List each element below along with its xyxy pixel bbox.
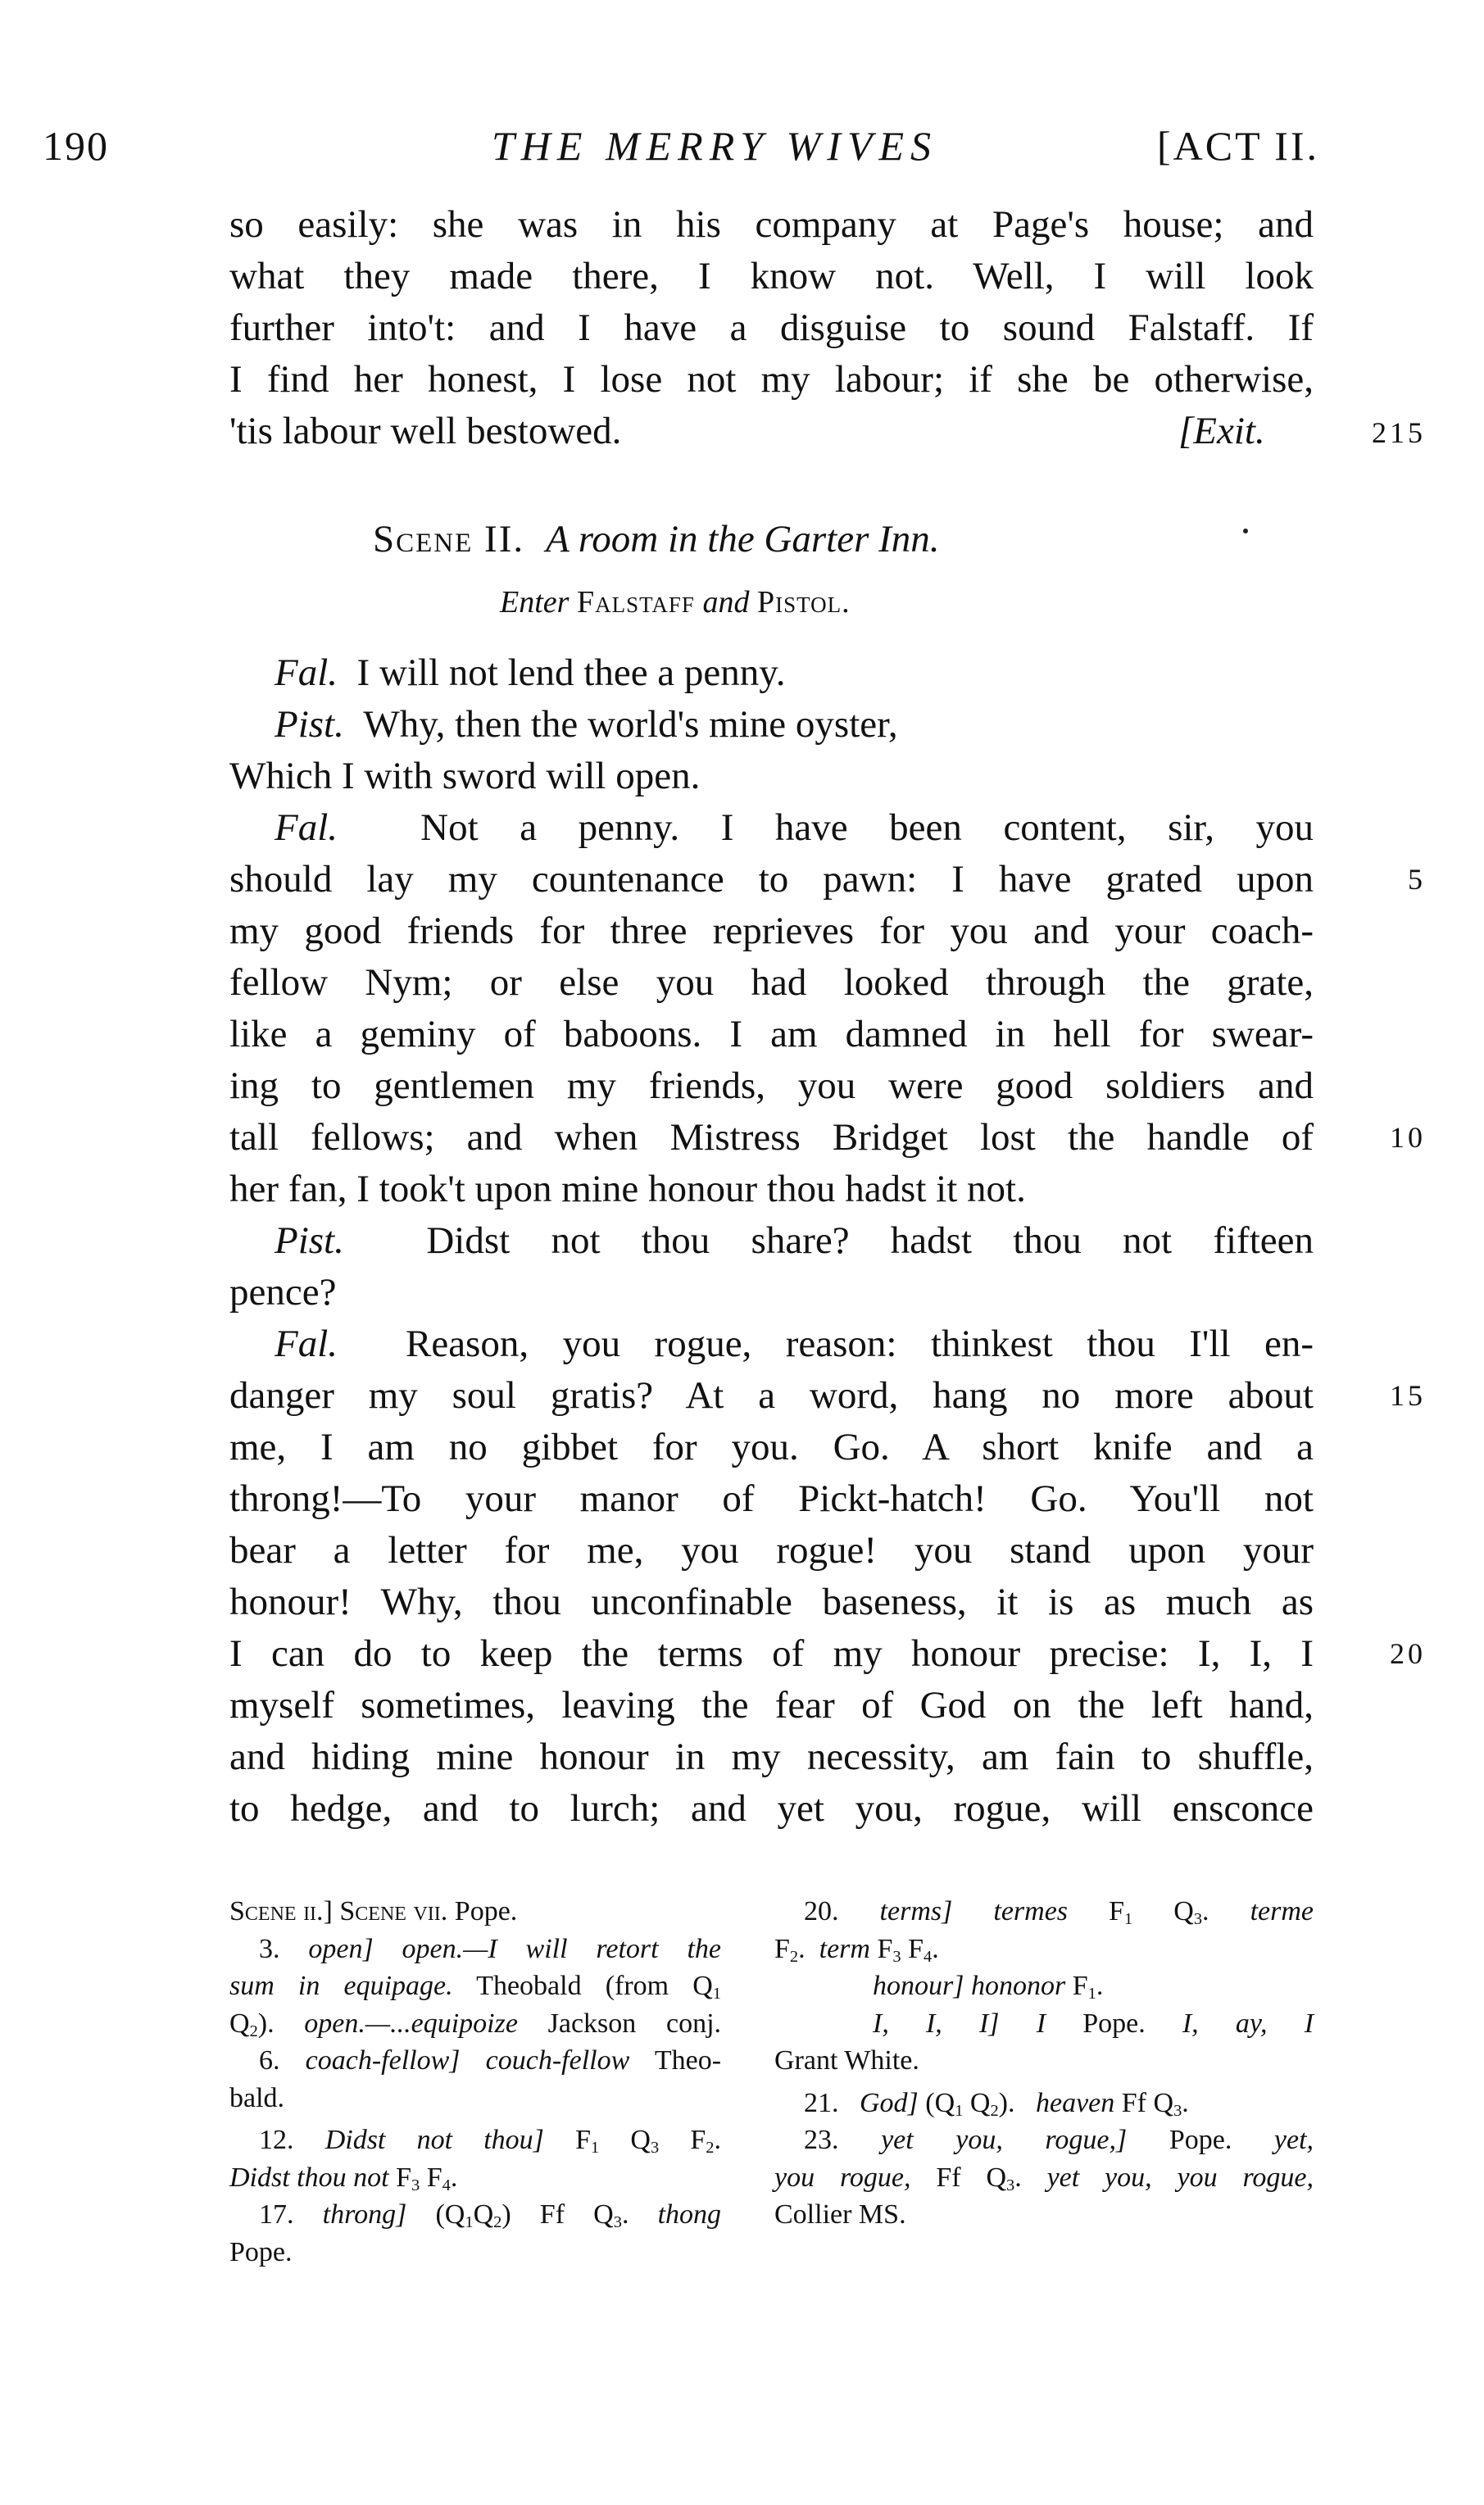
- line-number: 5: [1352, 854, 1426, 905]
- text-line: her fan, I took't upon mine honour thou …: [229, 1164, 1314, 1215]
- fn-lemma: yet you, rogue,]: [881, 2125, 1127, 2155]
- footnote: honour] hononor F1.: [774, 1967, 1314, 2005]
- footnote-cont: Pope.: [229, 2234, 721, 2271]
- fn-source: Jackson conj.: [548, 2008, 721, 2039]
- fn-source: Pope.: [1082, 2008, 1146, 2039]
- speaker: Pist.: [275, 1219, 344, 1262]
- fn-lemma: Didst not thou]: [325, 2125, 544, 2155]
- fn-lemma: coach-fellow]: [306, 2045, 461, 2076]
- footnote: Scene ii.] Scene vii. Pope.: [229, 1893, 721, 1931]
- speaker: Pist.: [275, 703, 344, 746]
- footnote: 3. open] open.—I will retort the: [229, 1931, 721, 1968]
- fn-number: 23.: [804, 2125, 839, 2155]
- fn-lemma: Scene ii.]: [229, 1896, 333, 1926]
- line-number: 15: [1352, 1370, 1426, 1422]
- fn-variant: heaven: [1036, 2088, 1114, 2118]
- fn-variant: terme: [1250, 1896, 1314, 1926]
- footnotes-left: Scene ii.] Scene vii. Pope. 3. open] ope…: [229, 1893, 721, 2271]
- sd-character: Pistol.: [757, 585, 851, 619]
- text-line: so easily: she was in his company at Pag…: [229, 199, 1314, 251]
- line-number: 215: [1352, 407, 1426, 459]
- text-line: 'tis labour well bestowed.: [229, 406, 1314, 457]
- line-number: 20: [1352, 1628, 1426, 1680]
- fn-source: Theobald (from Q: [476, 1971, 713, 2001]
- fn-source: (Q: [435, 2199, 465, 2230]
- speech: Pist. Why, then the world's mine oyster,: [275, 699, 1314, 751]
- scene-label: Scene II.: [373, 518, 524, 560]
- speaker: Fal.: [275, 651, 338, 694]
- text-line: further into't: and I have a disguise to…: [229, 302, 1314, 354]
- act-label: [ACT II.: [1157, 121, 1319, 170]
- fn-variant: term: [819, 1934, 870, 1964]
- fn-number: 6.: [259, 2045, 280, 2076]
- fn-source: Pope.: [455, 1896, 518, 1926]
- footnotes-right: 20. terms] termes F1 Q3. terme F2. term …: [774, 1893, 1314, 2234]
- text-line: I can do to keep the terms of my honour …: [229, 1628, 1314, 1680]
- text-line: my good friends for three reprieves for …: [229, 905, 1314, 957]
- footnote-cont: Didst thou not F3 F4.: [229, 2159, 721, 2197]
- speech: Fal. Reason, you rogue, reason: thinkest…: [275, 1318, 1314, 1370]
- sd-and: and: [702, 585, 749, 619]
- fn-variant: yet,: [1274, 2125, 1314, 2155]
- speech: Fal. Not a penny. I have been content, s…: [275, 802, 1314, 854]
- fn-number: 20.: [804, 1896, 839, 1926]
- fn-number: 12.: [259, 2125, 294, 2155]
- line-number: 10: [1352, 1112, 1426, 1164]
- speech-text: Why, then the world's mine oyster,: [363, 703, 897, 746]
- page-number: 190: [43, 121, 109, 170]
- fn-source: Pope.: [229, 2237, 293, 2267]
- footnote-cont: Collier MS.: [774, 2196, 1314, 2234]
- fn-variant: open.—I will retort the: [402, 1934, 721, 1964]
- fn-variant: you rogue,: [774, 2162, 911, 2193]
- text-line: me, I am no gibbet for you. Go. A short …: [229, 1422, 1314, 1473]
- footnote: 20. terms] termes F1 Q3. terme: [774, 1893, 1314, 1931]
- text-line: fellow Nym; or else you had looked throu…: [229, 957, 1314, 1009]
- fn-lemma: honour]: [873, 1971, 964, 2001]
- fn-source: Q: [229, 2008, 250, 2039]
- text-line: danger my soul gratis? At a word, hang n…: [229, 1370, 1314, 1422]
- text-line: Which I with sword will open.: [229, 751, 1314, 802]
- scene-location: A room in the Garter Inn.: [546, 518, 939, 560]
- footnote-cont: F2. term F3 F4.: [774, 1931, 1314, 1968]
- footnote: 6. coach-fellow] couch-fellow Theo-: [229, 2042, 721, 2080]
- fn-variant: couch-fellow: [486, 2045, 630, 2076]
- text-line: what they made there, I know not. Well, …: [229, 251, 1314, 302]
- fn-variant: thong: [658, 2199, 721, 2230]
- footnote-cont: sum in equipage. Theobald (from Q1: [229, 1967, 721, 2005]
- text-line: myself sometimes, leaving the fear of Go…: [229, 1680, 1314, 1731]
- text-line: honour! Why, thou unconfinable baseness,…: [229, 1577, 1314, 1628]
- footnote: 23. yet you, rogue,] Pope. yet,: [774, 2122, 1314, 2159]
- fn-variant: Scene vii.: [339, 1896, 447, 1926]
- text-line: bear a letter for me, you rogue! you sta…: [229, 1525, 1314, 1577]
- footnote-cont: Q2). open.—...equipoize Jackson conj.: [229, 2005, 721, 2043]
- text-line: should lay my countenance to pawn: I hav…: [229, 854, 1314, 905]
- fn-number: 3.: [259, 1934, 280, 1964]
- fn-variant: I: [1037, 2008, 1046, 2039]
- fn-lemma: God]: [860, 2088, 919, 2118]
- footnote-cont: Grant White.: [774, 2042, 1314, 2080]
- speaker: Fal.: [275, 806, 338, 849]
- footnote: 21. God] (Q1 Q2). heaven Ff Q3.: [774, 2085, 1314, 2122]
- fn-variant: hononor: [971, 1971, 1065, 2001]
- text-line: ing to gentlemen my friends, you were go…: [229, 1060, 1314, 1112]
- text-line: tall fellows; and when Mistress Bridget …: [229, 1112, 1314, 1164]
- sd-enter: Enter: [500, 585, 569, 619]
- fn-number: 21.: [804, 2088, 839, 2118]
- fn-variant: termes: [993, 1896, 1068, 1926]
- fn-source: bald.: [229, 2083, 284, 2113]
- fn-variant: sum in equipage.: [229, 1971, 453, 2001]
- footnote: I, I, I] I Pope. I, ay, I: [774, 2005, 1314, 2043]
- fn-variant: Didst thou not: [229, 2162, 389, 2193]
- fn-source: F: [396, 2162, 411, 2193]
- text-line: throng!—To your manor of Pickt-hatch! Go…: [229, 1473, 1314, 1525]
- speech-text: I will not lend thee a penny.: [357, 651, 786, 694]
- footnote: 17. throng] (Q1Q2) Ff Q3. thong: [229, 2196, 721, 2234]
- speech: Pist. Didst not thou share? hadst thou n…: [275, 1215, 1314, 1267]
- speaker: Fal.: [275, 1323, 338, 1365]
- running-title: THE MERRY WIVES: [492, 121, 937, 170]
- speech-text: Not a penny. I have been content, sir, y…: [420, 806, 1314, 849]
- fn-source: Theo-: [655, 2045, 721, 2076]
- fn-source: Grant White.: [774, 2045, 919, 2076]
- speech: Fal. I will not lend thee a penny.: [275, 647, 1314, 699]
- fn-variant: open.—...equipoize: [304, 2008, 518, 2039]
- fn-variant: I, ay, I: [1182, 2008, 1314, 2039]
- fn-source: F: [575, 2125, 591, 2155]
- text-line: I find her honest, I lose not my labour;…: [229, 354, 1314, 406]
- fn-number: 17.: [259, 2199, 294, 2230]
- fn-lemma: open]: [308, 1934, 373, 1964]
- scan-speck: [1243, 529, 1248, 533]
- text-line: like a geminy of baboons. I am damned in…: [229, 1009, 1314, 1060]
- fn-source: Pope.: [1169, 2125, 1232, 2155]
- fn-variant: yet you, you rogue,: [1047, 2162, 1314, 2193]
- scene-heading: Scene II.A room in the Garter Inn.: [373, 515, 940, 564]
- exit-direction: [Exit.: [1178, 406, 1265, 457]
- fn-lemma: I, I, I]: [873, 2008, 1000, 2039]
- text-line: to hedge, and to lurch; and yet you, rog…: [229, 1783, 1314, 1835]
- text-line: pence?: [229, 1267, 1314, 1318]
- footnote-cont: you rogue, Ff Q3. yet you, you rogue,: [774, 2159, 1314, 2197]
- speech-text: Didst not thou share? hadst thou not fif…: [426, 1219, 1314, 1262]
- fn-source: Ff Q: [936, 2162, 1006, 2193]
- fn-punct: ).: [258, 2008, 275, 2039]
- footnote: 12. Didst not thou] F1 Q3 F2.: [229, 2122, 721, 2159]
- footnote-cont: bald.: [229, 2080, 721, 2117]
- sd-character: Falstaff: [577, 585, 695, 619]
- fn-lemma: terms]: [880, 1896, 953, 1926]
- stage-direction: Enter Falstaff and Pistol.: [500, 582, 851, 623]
- fn-lemma: throng]: [323, 2199, 407, 2230]
- fn-source: Collier MS.: [774, 2199, 906, 2230]
- speech-text: Reason, you rogue, reason: thinkest thou…: [406, 1323, 1314, 1365]
- text-line: and hiding mine honour in my necessity, …: [229, 1731, 1314, 1783]
